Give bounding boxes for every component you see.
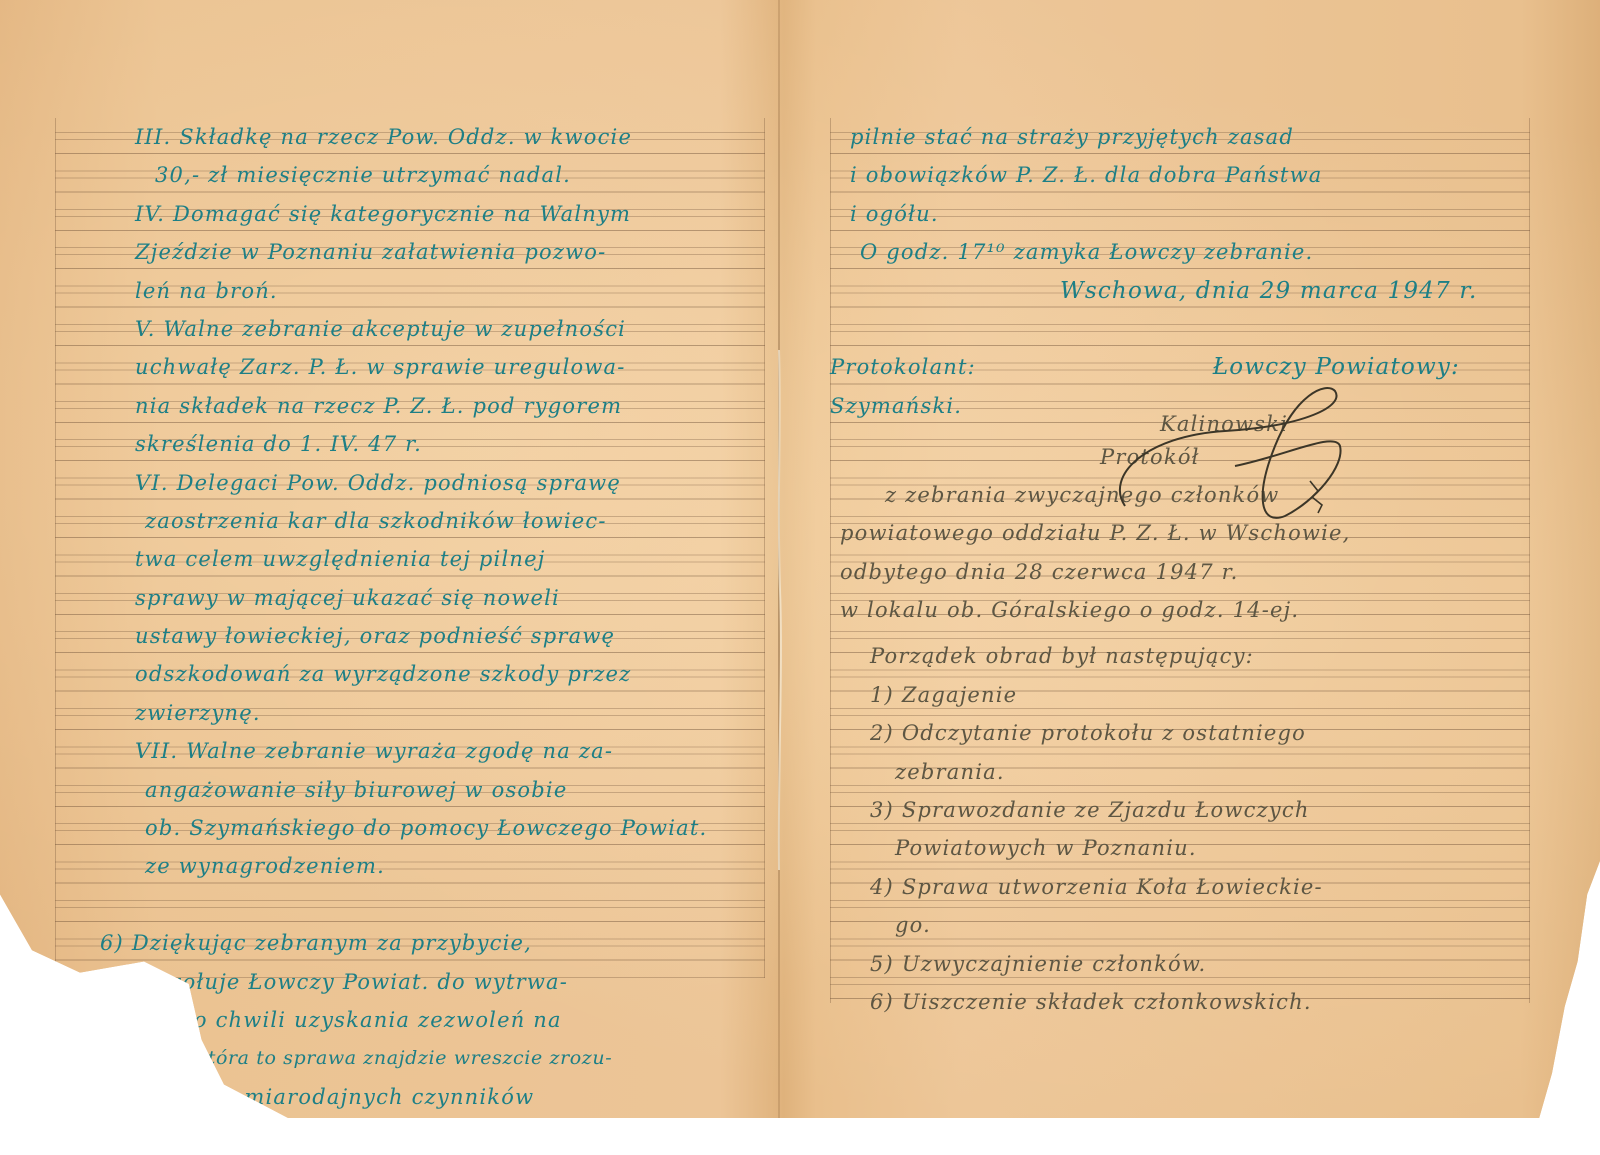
lowczy-label: Łowczy Powiatowy: (1213, 348, 1530, 386)
agenda-item-4-cont: go. (830, 906, 1530, 944)
agenda-item-2-cont: zebrania. (830, 753, 1530, 791)
resolution-vi-line-7: zwierzynę. (55, 694, 765, 732)
resolution-vii-line-3: ob. Szymańskiego do pomocy Łowczego Powi… (55, 809, 765, 847)
closing-line-1: pilnie stać na straży przyjętych zasad (830, 118, 1530, 156)
protocol-intro-line-2: powiatowego oddziału P. Z. Ł. w Wschowie… (830, 514, 1530, 552)
resolution-iv-line-1: IV. Domagać się kategorycznie na Walnym (55, 195, 765, 233)
resolution-vi-line-3: twa celem uwzględnienia tej pilnej (55, 540, 765, 578)
resolution-vii-line-4: ze wynagrodzeniem. (55, 847, 765, 885)
right-page-text: pilnie stać na straży przyjętych zasad i… (830, 118, 1530, 1021)
protocol-intro-line-3: odbytego dnia 28 czerwca 1947 r. (830, 553, 1530, 591)
resolution-iii-line-2: 30,- zł miesięcznie utrzymać nadal. (55, 156, 765, 194)
resolution-iv-line-3: leń na broń. (55, 272, 765, 310)
protocol-title: Protokół (830, 438, 1530, 476)
resolution-vii-line-2: angażowanie siły biurowej w osobie (55, 771, 765, 809)
notebook-spread: III. Składkę na rzecz Pow. Oddz. w kwoci… (0, 0, 1600, 1118)
closing-item-6-line-5: mienie u miarodajnych czynników (55, 1078, 765, 1116)
protokolant-label: Protokolant: (830, 348, 1110, 386)
closing-time-line: O godz. 17¹⁰ zamyka Łowczy zebranie. (830, 233, 1530, 271)
protocol-intro-line-4: w lokalu ob. Góralskiego o godz. 14-ej. (830, 591, 1530, 629)
closing-item-6-line-4: broń, która to sprawa znajdzie wreszcie … (55, 1039, 765, 1077)
previous-protocol-ending: pilnie stać na straży przyjętych zasad i… (830, 118, 1530, 425)
resolution-vi-line-6: odszkodowań za wyrządzone szkody przez (55, 655, 765, 693)
spacer (830, 310, 1530, 348)
agenda-item-3-cont: Powiatowych w Poznaniu. (830, 829, 1530, 867)
left-page-text: III. Składkę na rzecz Pow. Oddz. w kwoci… (55, 118, 765, 1118)
agenda-item-2: 2) Odczytanie protokołu z ostatniego (830, 714, 1530, 752)
agenda-heading: Porządek obrad był następujący: (830, 637, 1530, 675)
resolution-vii-line-1: VII. Walne zebranie wyraża zgodę na za- (55, 732, 765, 770)
protocol-intro-line-1: z zebrania zwyczajnego członków (830, 476, 1530, 514)
new-protocol: Kalinowski Protokół z zebrania zwyczajne… (830, 405, 1530, 1021)
resolution-vi-line-4: sprawy w mającej ukazać się noweli (55, 579, 765, 617)
resolution-vi-line-5: ustawy łowieckiej, oraz podnieść sprawę (55, 617, 765, 655)
resolution-v-line-2: uchwałę Zarz. P. Ł. w sprawie uregulowa- (55, 348, 765, 386)
closing-line-2: i obowiązków P. Z. Ł. dla dobra Państwa (830, 156, 1530, 194)
agenda-item-4: 4) Sprawa utworzenia Koła Łowieckie- (830, 868, 1530, 906)
resolution-v-line-4: skreślenia do 1. IV. 47 r. (55, 425, 765, 463)
closing-line-3: i ogółu. (830, 195, 1530, 233)
blank-line (55, 886, 765, 924)
resolution-vi-line-2: zaostrzenia kar dla szkodników łowiec- (55, 502, 765, 540)
closing-item-6-line-2: nawołuje Łowczy Powiat. do wytrwa- (55, 963, 765, 1001)
place-and-date: Wschowa, dnia 29 marca 1947 r. (830, 272, 1530, 310)
agenda-item-5: 5) Uzwyczajnienie członków. (830, 945, 1530, 983)
resolution-iii-line-1: III. Składkę na rzecz Pow. Oddz. w kwoci… (55, 118, 765, 156)
resolution-vi-line-1: VI. Delegaci Pow. Oddz. podniosą sprawę (55, 464, 765, 502)
agenda-item-6: 6) Uiszczenie składek członkowskich. (830, 983, 1530, 1021)
agenda-item-3: 3) Sprawozdanie ze Zjazdu Łowczych (830, 791, 1530, 829)
resolution-iv-line-2: Zjeździe w Poznaniu załatwienia pozwo- (55, 233, 765, 271)
resolution-v-line-3: nia składek na rzecz P. Z. Ł. pod rygore… (55, 387, 765, 425)
resolution-v-line-1: V. Walne zebranie akceptuje w zupełności (55, 310, 765, 348)
signature-labels-row: Protokolant: Łowczy Powiatowy: (830, 348, 1530, 386)
agenda-item-1: 1) Zagajenie (830, 676, 1530, 714)
closing-item-6-line-1: 6) Dziękując zebranym za przybycie, (55, 924, 765, 962)
center-fold (778, 0, 780, 1118)
closing-item-6-line-3: nia do chwili uzyskania zezwoleń na (55, 1001, 765, 1039)
